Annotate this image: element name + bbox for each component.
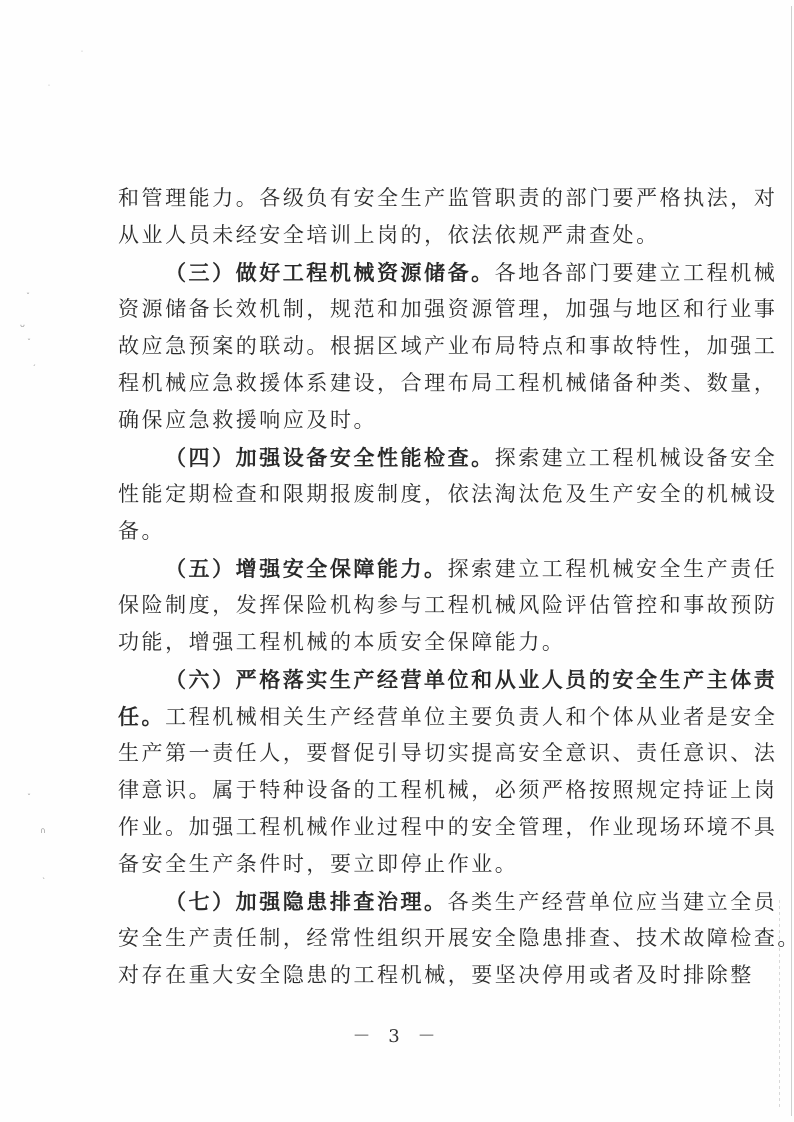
paragraph-line: 确保应急救援响应及时。: [118, 402, 670, 439]
scan-speck: ˎ: [42, 870, 46, 879]
paragraph-line: 保险制度，发挥保险机构参与工程机械风险评估管控和事故预防: [118, 587, 670, 624]
section-heading: （五）增强安全保障能力。: [165, 556, 448, 581]
paragraph-heading-line: （六）严格落实生产经营单位和从业人员的安全生产主体责: [118, 661, 670, 698]
scan-speck: ∩: [40, 826, 46, 835]
document-page: ˙ ˙ ˇ ᴗ ˇ ˊ ˇ ∩ ˎ 和管理能力。各级负有安全生产监管职责的部门要…: [0, 0, 794, 1122]
scan-speck: ˊ: [32, 364, 36, 373]
paragraph-line: 对存在重大安全隐患的工程机械，要坚决停用或者及时排除整: [118, 957, 670, 994]
body-text-span: 故应急预案的联动。根据区域产业布局特点和事故特性，加强工: [118, 334, 777, 358]
scan-speck: ˙: [80, 50, 84, 59]
paragraph-line: 资源储备长效机制，规范和加强资源管理，加强与地区和行业事: [118, 291, 670, 328]
page-number: － 3 －: [0, 1022, 794, 1048]
section-heading: （三）做好工程机械资源储备。: [165, 260, 495, 285]
body-text-span: 从业人员未经安全培训上岗的，依法依规严肃查处。: [118, 223, 660, 247]
document-body: 和管理能力。各级负有安全生产监管职责的部门要严格执法，对从业人员未经安全培训上岗…: [118, 180, 670, 994]
body-text-span: 备。: [118, 519, 165, 543]
scan-speck: ˇ: [27, 793, 31, 802]
body-text-span: 对存在重大安全隐患的工程机械，要坚决停用或者及时排除整: [118, 963, 754, 987]
body-text-span: 备安全生产条件时，要立即停止作业。: [118, 852, 518, 876]
section-heading: （四）加强设备安全性能检查。: [165, 445, 495, 470]
paragraph-heading-line: （五）增强安全保障能力。探索建立工程机械安全生产责任: [118, 550, 670, 587]
body-text-span: 生产第一责任人，要督促引导切实提高安全意识、责任意识、法: [118, 741, 777, 765]
body-text-span: 安全生产责任制，经常性组织开展安全隐患排查、技术故障检查。: [118, 926, 794, 950]
scan-speck: ᴗ: [20, 320, 25, 329]
paragraph-line: 从业人员未经安全培训上岗的，依法依规严肃查处。: [118, 217, 670, 254]
body-text-span: 资源储备长效机制，规范和加强资源管理，加强与地区和行业事: [118, 297, 777, 321]
body-text-span: 探索建立工程机械安全生产责任: [448, 557, 778, 581]
paragraph-line: 故应急预案的联动。根据区域产业布局特点和事故特性，加强工: [118, 328, 670, 365]
section-heading: （六）严格落实生产经营单位和从业人员的安全生产主体责: [165, 667, 777, 692]
paragraph-line: 安全生产责任制，经常性组织开展安全隐患排查、技术故障检查。: [118, 920, 670, 957]
section-heading: 任。: [118, 704, 165, 729]
body-text-span: 律意识。属于特种设备的工程机械，必须严格按照规定持证上岗: [118, 778, 777, 802]
paragraph-line: 作业。加强工程机械作业过程中的安全管理，作业现场环境不具: [118, 809, 670, 846]
body-text-span: 作业。加强工程机械作业过程中的安全管理，作业现场环境不具: [118, 815, 777, 839]
paragraph-heading-line: （七）加强隐患排查治理。各类生产经营单位应当建立全员: [118, 883, 670, 920]
paragraph-line: 备安全生产条件时，要立即停止作业。: [118, 846, 670, 883]
section-heading: （七）加强隐患排查治理。: [165, 889, 448, 914]
paragraph-line: 和管理能力。各级负有安全生产监管职责的部门要严格执法，对: [118, 180, 670, 217]
body-text-span: 性能定期检查和限期报废制度，依法淘汰危及生产安全的机械设: [118, 482, 777, 506]
body-text-span: 探索建立工程机械设备安全: [495, 446, 778, 470]
body-text-span: 各类生产经营单位应当建立全员: [448, 890, 778, 914]
paragraph-line: 性能定期检查和限期报废制度，依法淘汰危及生产安全的机械设: [118, 476, 670, 513]
body-text-span: 确保应急救援响应及时。: [118, 408, 377, 432]
paragraph-line: 程机械应急救援体系建设，合理布局工程机械储备种类、数量，: [118, 365, 670, 402]
paragraph-line: 备。: [118, 513, 670, 550]
paragraph-line: 生产第一责任人，要督促引导切实提高安全意识、责任意识、法: [118, 735, 670, 772]
scan-speck: ˇ: [27, 338, 31, 347]
body-text-span: 程机械应急救援体系建设，合理布局工程机械储备种类、数量，: [118, 371, 777, 395]
body-text-span: 各地各部门要建立工程机械: [495, 261, 778, 285]
paragraph-line: 功能，增强工程机械的本质安全保障能力。: [118, 624, 670, 661]
scan-speck: ˇ: [26, 292, 30, 301]
body-text-span: 和管理能力。各级负有安全生产监管职责的部门要严格执法，对: [118, 186, 777, 210]
paragraph-heading-line: （三）做好工程机械资源储备。各地各部门要建立工程机械: [118, 254, 670, 291]
paragraph-line: 律意识。属于特种设备的工程机械，必须严格按照规定持证上岗: [118, 772, 670, 809]
paragraph-heading-line: （四）加强设备安全性能检查。探索建立工程机械设备安全: [118, 439, 670, 476]
body-text-span: 工程机械相关生产经营单位主要负责人和个体从业者是安全: [165, 705, 777, 729]
paragraph-heading-line: 任。工程机械相关生产经营单位主要负责人和个体从业者是安全: [118, 698, 670, 735]
scan-speck: ˙: [47, 84, 51, 93]
body-text-span: 功能，增强工程机械的本质安全保障能力。: [118, 630, 565, 654]
body-text-span: 保险制度，发挥保险机构参与工程机械风险评估管控和事故预防: [118, 593, 777, 617]
